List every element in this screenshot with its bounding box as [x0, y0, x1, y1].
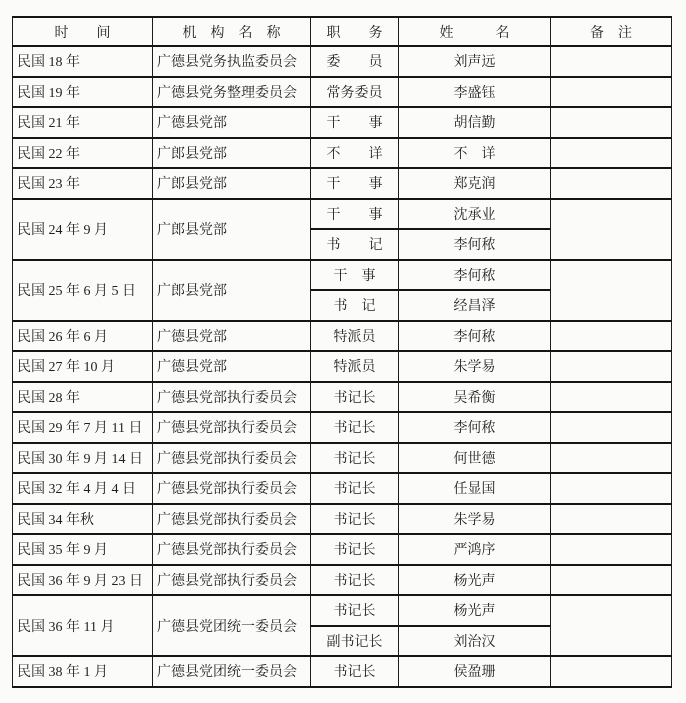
time-cell: 民国 23 年 [13, 168, 153, 199]
org-cell: 广德县党部执行委员会 [153, 504, 311, 535]
time-cell: 民国 36 年 9 月 23 日 [13, 565, 153, 596]
time-cell: 民国 28 年 [13, 382, 153, 413]
table-row: 民国 34 年秋广德县党部执行委员会书记长朱学易 [13, 504, 672, 535]
title-cell: 干 事 [311, 260, 399, 291]
table-row: 民国 36 年 9 月 23 日广德县党部执行委员会书记长杨光声 [13, 565, 672, 596]
name-cell: 胡信勤 [399, 107, 551, 138]
table-row: 民国 30 年 9 月 14 日广德县党部执行委员会书记长何世德 [13, 443, 672, 474]
title-cell: 书记长 [311, 595, 399, 626]
name-cell: 郑克润 [399, 168, 551, 199]
time-cell: 民国 29 年 7 月 11 日 [13, 412, 153, 443]
time-cell: 民国 24 年 9 月 [13, 199, 153, 260]
note-cell [551, 107, 672, 138]
table-row: 民国 28 年广德县党部执行委员会书记长吴希衡 [13, 382, 672, 413]
name-cell: 李何秾 [399, 412, 551, 443]
note-cell [551, 595, 672, 656]
note-cell [551, 46, 672, 77]
org-cell: 广德县党部执行委员会 [153, 473, 311, 504]
title-cell: 书记长 [311, 565, 399, 596]
header-cell-name: 姓 名 [399, 17, 551, 46]
ledger-table: 时 间 机 构 名 称 职 务 姓 名 备 注 民国 18 年广德县党务执监委员… [12, 16, 672, 688]
name-cell: 李何秾 [399, 321, 551, 352]
note-cell [551, 565, 672, 596]
org-cell: 广德县党部 [153, 321, 311, 352]
header-row: 时 间 机 构 名 称 职 务 姓 名 备 注 [13, 17, 672, 46]
time-cell: 民国 30 年 9 月 14 日 [13, 443, 153, 474]
header-cell-org: 机 构 名 称 [153, 17, 311, 46]
name-cell: 刘治汉 [399, 626, 551, 657]
org-cell: 广德县党团统一委员会 [153, 656, 311, 687]
title-cell: 书记长 [311, 656, 399, 687]
org-cell: 广德县党务整理委员会 [153, 77, 311, 108]
title-cell: 书 记 [311, 229, 399, 260]
note-cell [551, 412, 672, 443]
note-cell [551, 199, 672, 260]
table-row: 民国 38 年 1 月广德县党团统一委员会书记长侯盈珊 [13, 656, 672, 687]
time-cell: 民国 21 年 [13, 107, 153, 138]
time-cell: 民国 26 年 6 月 [13, 321, 153, 352]
time-cell: 民国 32 年 4 月 4 日 [13, 473, 153, 504]
note-cell [551, 534, 672, 565]
org-cell: 广德县党部执行委员会 [153, 443, 311, 474]
title-cell: 干 事 [311, 168, 399, 199]
org-cell: 广郎县党部 [153, 260, 311, 321]
time-cell: 民国 19 年 [13, 77, 153, 108]
title-cell: 书 记 [311, 290, 399, 321]
org-cell: 广德县党部执行委员会 [153, 412, 311, 443]
title-cell: 书记长 [311, 382, 399, 413]
name-cell: 李何秾 [399, 229, 551, 260]
name-cell: 沈承业 [399, 199, 551, 230]
note-cell [551, 321, 672, 352]
table-row: 民国 23 年广郎县党部干 事郑克润 [13, 168, 672, 199]
title-cell: 副书记长 [311, 626, 399, 657]
table-row: 民国 27 年 10 月广德县党部特派员朱学易 [13, 351, 672, 382]
org-cell: 广德县党部执行委员会 [153, 534, 311, 565]
name-cell: 李何秾 [399, 260, 551, 291]
note-cell [551, 382, 672, 413]
table-row: 民国 32 年 4 月 4 日广德县党部执行委员会书记长任显国 [13, 473, 672, 504]
header-cell-note: 备 注 [551, 17, 672, 46]
note-cell [551, 443, 672, 474]
table-row: 民国 36 年 11 月广德县党团统一委员会书记长杨光声 [13, 595, 672, 626]
name-cell: 朱学易 [399, 504, 551, 535]
name-cell: 刘声远 [399, 46, 551, 77]
org-cell: 广德县党部 [153, 351, 311, 382]
scanned-document-page: 时 间 机 构 名 称 职 务 姓 名 备 注 民国 18 年广德县党务执监委员… [0, 0, 686, 703]
name-cell: 任显国 [399, 473, 551, 504]
time-cell: 民国 25 年 6 月 5 日 [13, 260, 153, 321]
note-cell [551, 656, 672, 687]
table-row: 民国 25 年 6 月 5 日广郎县党部干 事李何秾 [13, 260, 672, 291]
name-cell: 杨光声 [399, 595, 551, 626]
org-cell: 广郎县党部 [153, 199, 311, 260]
note-cell [551, 168, 672, 199]
name-cell: 吴希衡 [399, 382, 551, 413]
table-row: 民国 24 年 9 月广郎县党部干 事沈承业 [13, 199, 672, 230]
org-cell: 广德县党部执行委员会 [153, 565, 311, 596]
note-cell [551, 77, 672, 108]
name-cell: 朱学易 [399, 351, 551, 382]
note-cell [551, 260, 672, 321]
name-cell: 何世德 [399, 443, 551, 474]
title-cell: 不 详 [311, 138, 399, 169]
title-cell: 书记长 [311, 473, 399, 504]
note-cell [551, 351, 672, 382]
table-row: 民国 26 年 6 月广德县党部特派员李何秾 [13, 321, 672, 352]
name-cell: 严鸿序 [399, 534, 551, 565]
title-cell: 特派员 [311, 321, 399, 352]
name-cell: 李盛钰 [399, 77, 551, 108]
header-cell-title: 职 务 [311, 17, 399, 46]
name-cell: 经昌泽 [399, 290, 551, 321]
title-cell: 干 事 [311, 199, 399, 230]
title-cell: 委 员 [311, 46, 399, 77]
org-cell: 广德县党部 [153, 107, 311, 138]
org-cell: 广郎县党部 [153, 168, 311, 199]
name-cell: 不 详 [399, 138, 551, 169]
title-cell: 常务委员 [311, 77, 399, 108]
time-cell: 民国 34 年秋 [13, 504, 153, 535]
table-row: 民国 35 年 9 月广德县党部执行委员会书记长严鸿序 [13, 534, 672, 565]
name-cell: 杨光声 [399, 565, 551, 596]
table-row: 民国 19 年广德县党务整理委员会常务委员李盛钰 [13, 77, 672, 108]
org-cell: 广德县党部执行委员会 [153, 382, 311, 413]
org-cell: 广德县党务执监委员会 [153, 46, 311, 77]
org-cell: 广德县党团统一委员会 [153, 595, 311, 656]
note-cell [551, 504, 672, 535]
note-cell [551, 473, 672, 504]
time-cell: 民国 36 年 11 月 [13, 595, 153, 656]
title-cell: 书记长 [311, 534, 399, 565]
title-cell: 书记长 [311, 504, 399, 535]
title-cell: 书记长 [311, 412, 399, 443]
time-cell: 民国 38 年 1 月 [13, 656, 153, 687]
title-cell: 干 事 [311, 107, 399, 138]
table-row: 民国 22 年广郎县党部不 详不 详 [13, 138, 672, 169]
org-cell: 广郎县党部 [153, 138, 311, 169]
title-cell: 书记长 [311, 443, 399, 474]
time-cell: 民国 22 年 [13, 138, 153, 169]
time-cell: 民国 18 年 [13, 46, 153, 77]
name-cell: 侯盈珊 [399, 656, 551, 687]
time-cell: 民国 35 年 9 月 [13, 534, 153, 565]
table-body: 民国 18 年广德县党务执监委员会委 员刘声远民国 19 年广德县党务整理委员会… [13, 46, 672, 687]
note-cell [551, 138, 672, 169]
table-row: 民国 29 年 7 月 11 日广德县党部执行委员会书记长李何秾 [13, 412, 672, 443]
time-cell: 民国 27 年 10 月 [13, 351, 153, 382]
table-row: 民国 18 年广德县党务执监委员会委 员刘声远 [13, 46, 672, 77]
title-cell: 特派员 [311, 351, 399, 382]
header-cell-time: 时 间 [13, 17, 153, 46]
table-row: 民国 21 年广德县党部干 事胡信勤 [13, 107, 672, 138]
